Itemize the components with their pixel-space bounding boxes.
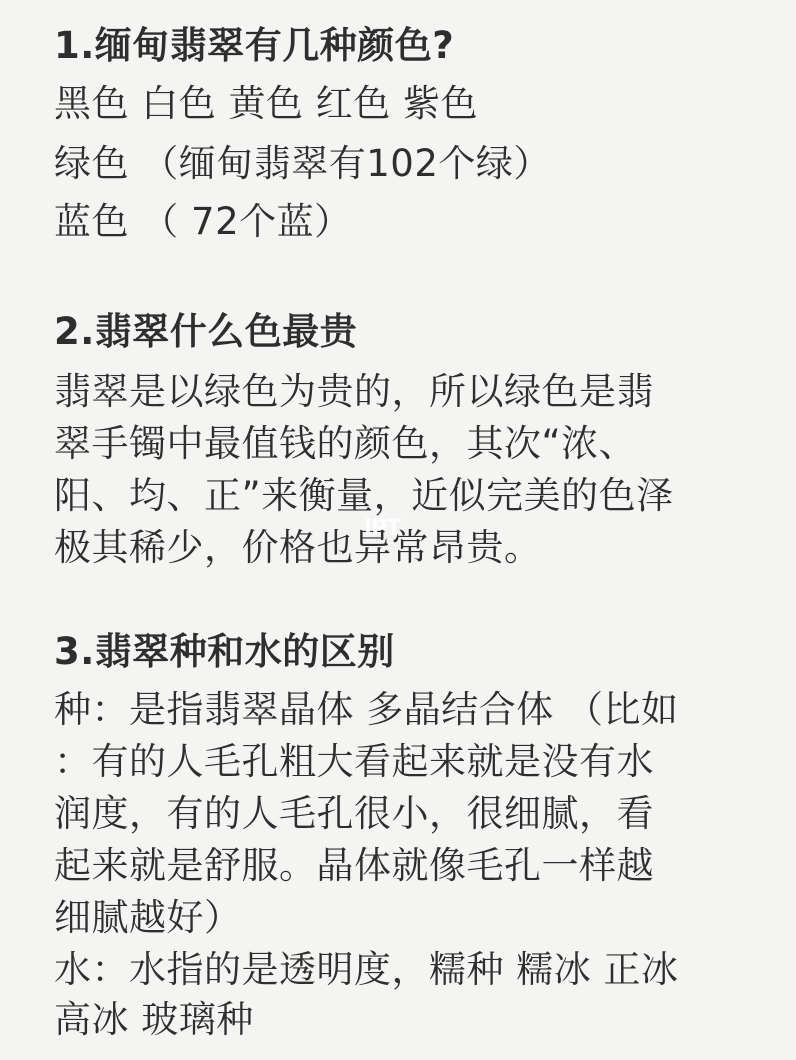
section-1-heading: 1.缅甸翡翠有几种颜色? xyxy=(54,22,454,70)
section-2-line-3: 阳、均、正”来衡量，近似完美的色泽 xyxy=(54,472,674,520)
section-1-line-1: 黑色 白色 黄色 红色 紫色 xyxy=(54,80,478,128)
section-3-heading: 3.翡翠种和水的区别 xyxy=(54,628,395,676)
section-2-line-1: 翡翠是以绿色为贵的，所以绿色是翡 xyxy=(54,368,654,416)
section-3-line-5: 细腻越好） xyxy=(54,894,242,942)
section-3-line-2: ：有的人毛孔粗大看起来就是没有水 xyxy=(54,738,654,786)
section-3-line-4: 起来就是舒服。晶体就像毛孔一样越 xyxy=(54,842,654,890)
section-3-line-3: 润度，有的人毛孔很小，很细腻，看 xyxy=(54,790,654,838)
section-2-heading: 2.翡翠什么色最贵 xyxy=(54,308,357,356)
section-3-line-1: 种：是指翡翠晶体 多晶结合体 （比如 xyxy=(54,686,679,734)
section-1-line-3: 蓝色 （ 72个蓝） xyxy=(54,198,352,246)
watermark: IPT xyxy=(364,516,400,541)
section-3-line-6: 水：水指的是透明度，糯种 糯冰 正冰 xyxy=(54,946,679,994)
section-1-line-2: 绿色 （缅甸翡翠有102个绿） xyxy=(54,140,551,188)
section-2-line-2: 翠手镯中最值钱的颜色，其次“浓、 xyxy=(54,420,636,468)
section-2-line-4: 极其稀少，价格也异常昂贵。 xyxy=(54,524,542,572)
section-3-line-7: 高冰 玻璃种 xyxy=(54,996,254,1044)
